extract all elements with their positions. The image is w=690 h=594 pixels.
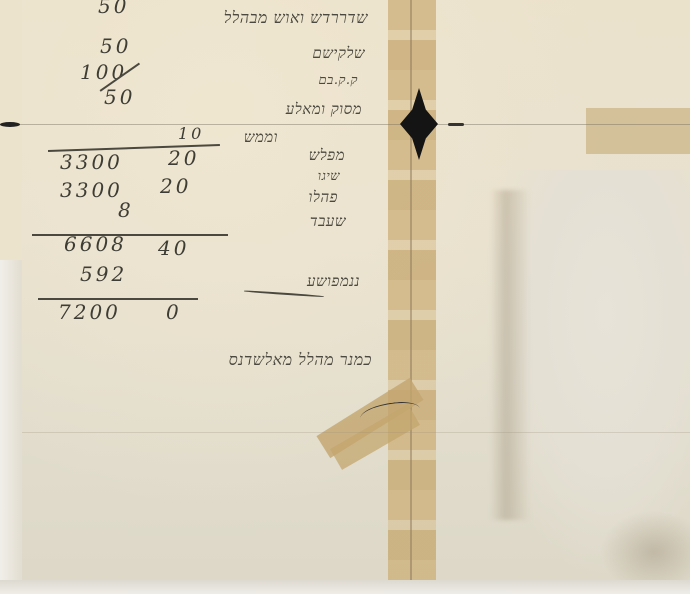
header-label: שדררדש ואוש מבהלל (224, 8, 368, 28)
entry-label-3: מסוק ומאלע (286, 100, 362, 119)
item-label-4: שעבד (310, 212, 346, 231)
rule-line-2 (32, 234, 228, 236)
entry-amount-2: 100 (80, 60, 127, 84)
water-stain-edge (490, 190, 530, 520)
mold-spots (600, 510, 690, 580)
ink-dash (448, 123, 464, 126)
paper-edge-left (0, 0, 22, 260)
entry-amount-1: 50 (100, 34, 131, 58)
item-amount-main-3: 8 (118, 198, 134, 222)
entry-label-1: שלקישם (312, 44, 365, 63)
horizontal-fold (0, 124, 690, 125)
item-label-2: שיגו (318, 168, 340, 184)
total-amount-sub: 0 (166, 300, 182, 324)
item-amount-sub-2: 20 (160, 174, 191, 198)
frame-mat-left (0, 260, 22, 594)
item-label-3: פהלו (308, 188, 338, 207)
lower-fold (22, 432, 690, 433)
horizontal-tape-repair (586, 108, 690, 154)
addition-amount: 592 (80, 262, 127, 286)
vertical-fold (410, 0, 412, 580)
closing-line: כמנר מהלל מאלשדנס (229, 350, 372, 370)
header-amount: 50 (98, 0, 129, 18)
total-amount-main: 7200 (58, 300, 121, 324)
vertical-tape-repair (388, 0, 436, 580)
entry-amount-4: 10 (178, 124, 204, 143)
addition-label: ננמפושע (307, 272, 360, 291)
subtotal-amount-main: 6608 (64, 232, 127, 256)
subtotal-amount-sub: 40 (158, 236, 189, 260)
frame-mat-bottom (0, 580, 690, 594)
item-amount-main-1: 3300 (60, 150, 123, 174)
entry-label-4: וממש (244, 128, 278, 147)
entry-label-2: ק.ק.בם (318, 72, 358, 88)
item-label-1: מפלש (309, 146, 345, 165)
item-amount-main-2: 3300 (60, 178, 123, 202)
entry-amount-3: 50 (104, 85, 135, 109)
ink-mark-left-edge (0, 122, 20, 127)
item-amount-sub-1: 20 (168, 146, 199, 170)
